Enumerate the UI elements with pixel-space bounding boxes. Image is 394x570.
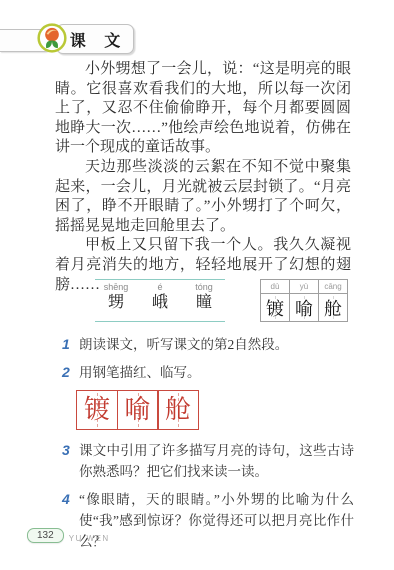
exercise-number: 2 <box>62 362 79 383</box>
character-cell: 舱 <box>319 294 348 322</box>
exercise-text: 朗读课文，听写课文的第2自然段。 <box>79 334 288 355</box>
pinyin-cell: cāng <box>319 280 348 294</box>
section-tab: 课 文 <box>56 24 134 54</box>
character-cell: 镀 <box>261 294 290 322</box>
exercise-item: 2 用钢笔描红、临写。 <box>62 362 354 383</box>
exercise-number: 3 <box>62 440 79 482</box>
pinyin-cell: dù <box>261 280 290 294</box>
pinyin-word: tóng 瞳 <box>189 282 219 318</box>
character: 甥 <box>108 293 124 312</box>
exercise-text: “像眼睛，天的眼睛。”小外甥的比喻为什么使“我”感到惊讶？你觉得还可以把月亮比作… <box>79 489 354 552</box>
pinyin-cell: yù <box>290 280 319 294</box>
character: 峨 <box>152 293 168 312</box>
pinyin-label: shēng <box>104 282 129 293</box>
character-cell: 喻 <box>290 294 319 322</box>
exercise-text: 用钢笔描红、临写。 <box>79 362 201 383</box>
section-header: 课 文 <box>0 0 394 58</box>
exercise-number: 1 <box>62 334 79 355</box>
passage-paragraph: 小外甥想了一会儿，说：“这是明亮的眼睛。它很喜欢看我们的大地，所以每一次闭上了，… <box>55 60 351 158</box>
pinyin-char-table: dù yù cāng 镀 喻 舱 <box>260 279 348 322</box>
exercise-text: 课文中引用了许多描写月亮的诗句，这些古诗你熟悉吗？把它们找来读一读。 <box>79 440 354 482</box>
pinyin-word-list: shēng 甥 é 峨 tóng 瞳 <box>95 279 225 322</box>
exercise-item: 3 课文中引用了许多描写月亮的诗句，这些古诗你熟悉吗？把它们找来读一读。 <box>62 440 354 482</box>
tracing-cell: 镀 <box>76 390 118 430</box>
passage-paragraph: 天边那些淡淡的云絮在不知不觉中聚集起来，一会儿，月光就被云层封锁了。“月亮困了，… <box>55 158 351 236</box>
pinyin-word: shēng 甥 <box>101 282 131 318</box>
tracing-grid: 镀 喻 舱 <box>76 390 354 430</box>
tracing-cell: 舱 <box>157 390 199 430</box>
exercise-item: 1 朗读课文，听写课文的第2自然段。 <box>62 334 354 355</box>
publisher-fruit-logo-icon <box>37 23 67 53</box>
textbook-page: 课 文 小外甥想了一会儿，说：“这是明亮的眼睛。它很喜欢看我们的大地，所以每一次… <box>0 0 394 570</box>
page-footer: 132 YU WEN <box>27 528 110 543</box>
footer-label: YU WEN <box>69 534 110 543</box>
pinyin-word: é 峨 <box>145 282 175 318</box>
page-number-badge: 132 <box>27 528 64 543</box>
pinyin-label: é <box>157 282 162 293</box>
tracing-cell: 喻 <box>117 390 159 430</box>
lesson-passage: 小外甥想了一会儿，说：“这是明亮的眼睛。它很喜欢看我们的大地，所以每一次闭上了，… <box>55 60 351 295</box>
character: 瞳 <box>196 293 212 312</box>
vocab-row: shēng 甥 é 峨 tóng 瞳 dù yù cāng 镀 喻 舱 <box>95 279 355 322</box>
exercise-list: 1 朗读课文，听写课文的第2自然段。 2 用钢笔描红、临写。 镀 喻 舱 3 课… <box>62 334 354 559</box>
section-tab-label: 课 文 <box>63 28 127 51</box>
pinyin-label: tóng <box>195 282 213 293</box>
